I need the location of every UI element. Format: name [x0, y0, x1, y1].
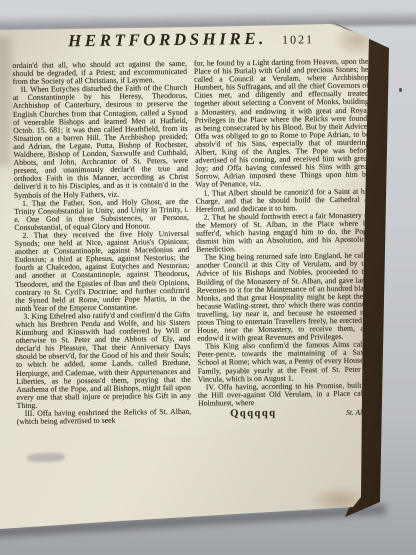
left-edge-shading: [0, 36, 11, 166]
right-column: for, he found by a Light darting from He…: [194, 58, 373, 466]
running-header: HERTFORDSHIRE. 1021: [12, 28, 368, 62]
paragraph: 1. That the Father, Son, and Holy Ghost,…: [14, 197, 189, 232]
paragraph: for, he found by a Light darting from He…: [194, 58, 370, 190]
book-photo: HERTFORDSHIRE. 1021 ordain'd that all, w…: [0, 0, 416, 555]
paragraph: The King being returned safe into Englan…: [196, 252, 372, 343]
paragraph: 2. That he should forthwith erect a fair…: [196, 211, 371, 254]
paragraph: This King also confirm'd the famous Alms…: [197, 341, 372, 384]
page-number: 1021: [282, 32, 314, 47]
paragraph: II. When Eutyches disturbed the Faith of…: [13, 84, 189, 199]
backdrop-speck: [399, 88, 402, 92]
paragraph: III. Offa having enshrined the Relicks o…: [17, 408, 192, 426]
paragraph: 3. King Ethelred also ratify'd and confi…: [15, 311, 191, 410]
paragraph: IV. Offa having, according to his Promis…: [198, 381, 373, 407]
page-content: HERTFORDSHIRE. 1021 ordain'd that all, w…: [12, 28, 373, 468]
left-column: ordain'd that all, who should act agains…: [12, 60, 191, 468]
page-title: HERTFORDSHIRE.: [68, 29, 267, 51]
paragraph: ordain'd that all, who should act agains…: [12, 60, 187, 86]
paragraph: 1. That Albert should be canoniz'd for a…: [195, 187, 370, 213]
paragraph: 2. That they received the five Holy Univ…: [14, 230, 189, 313]
signature-mark: Qqqqqq: [230, 410, 276, 419]
text-columns: ordain'd that all, who should act agains…: [12, 58, 373, 468]
book-page: HERTFORDSHIRE. 1021 ordain'd that all, w…: [0, 0, 416, 555]
footer-row: Qqqqqq St. Al-: [198, 406, 373, 419]
